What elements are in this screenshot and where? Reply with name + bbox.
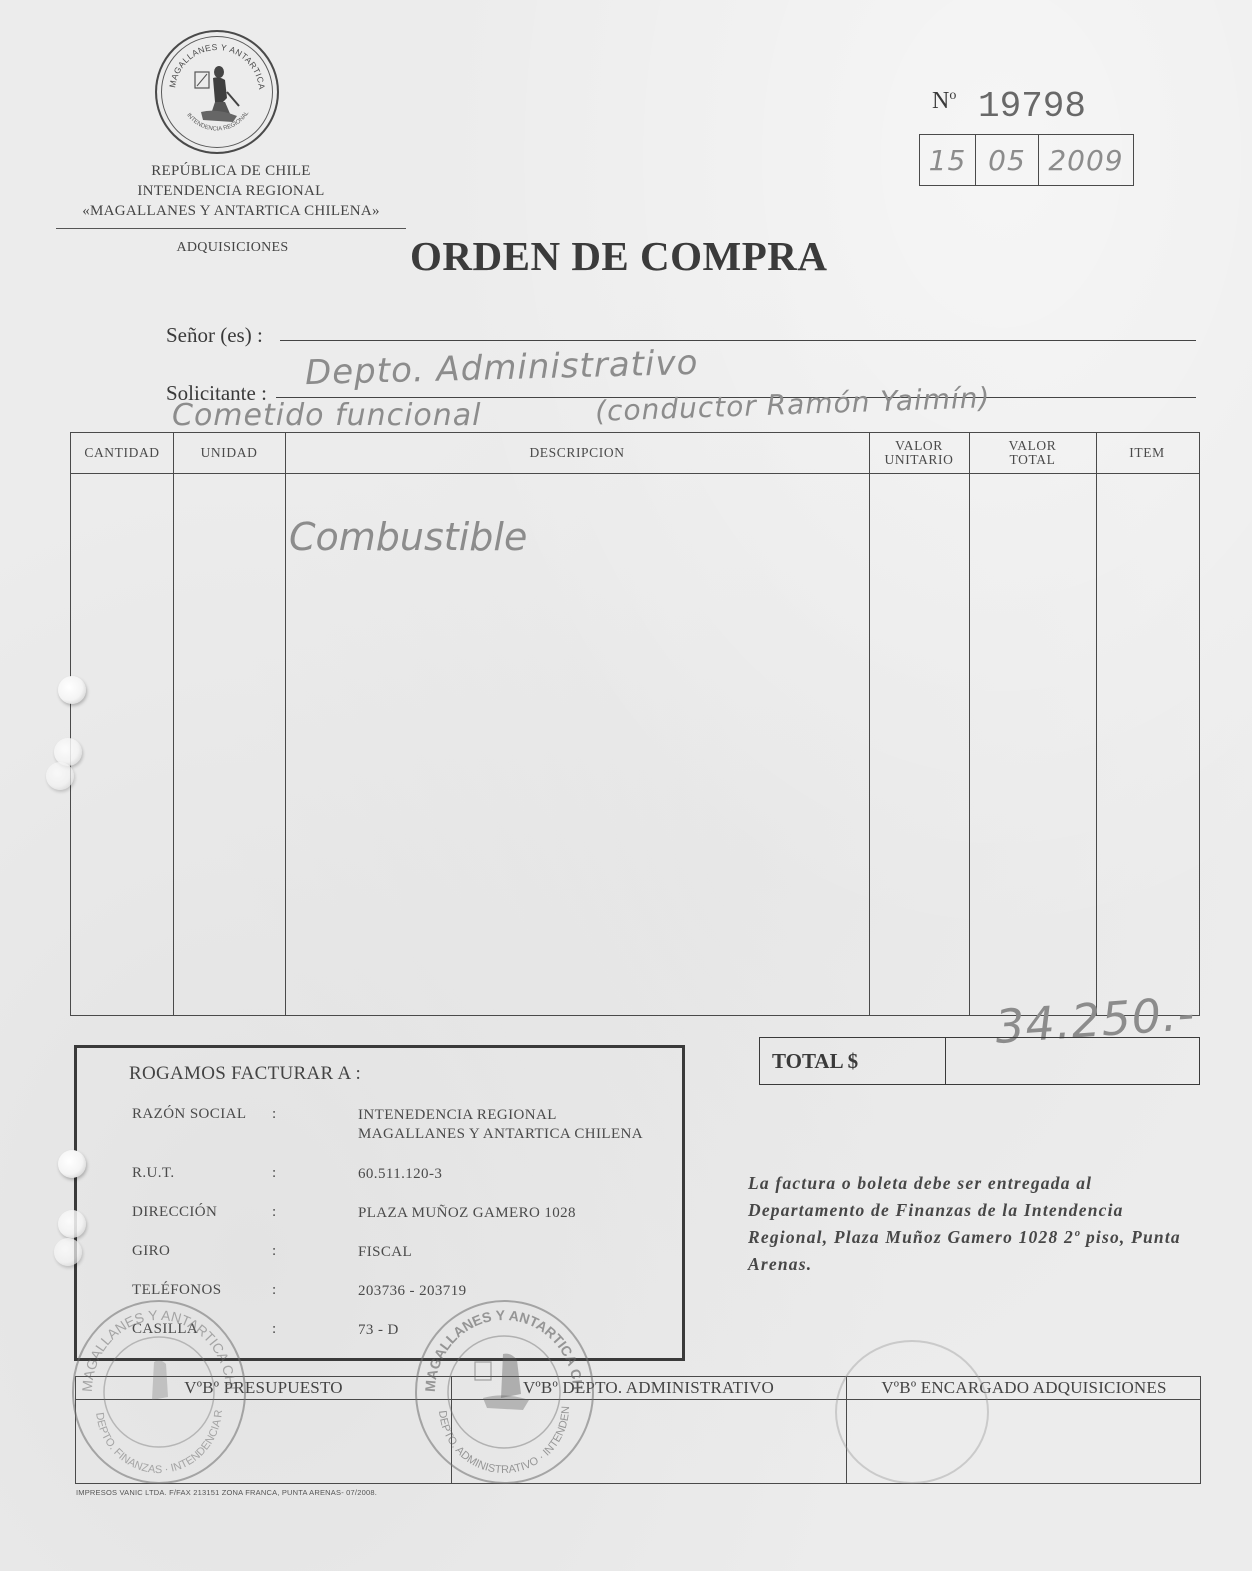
svg-text:MAGALLANES Y ANTARTICA CHILENA: MAGALLANES Y ANTARTICA CHILENA (417, 1302, 586, 1392)
cell-item[interactable] (1096, 473, 1198, 533)
col-header-valor-total: VALOR TOTAL (969, 433, 1096, 473)
org-line-republica: REPÚBLICA DE CHILE (56, 163, 406, 180)
billing-separator: : (272, 1243, 277, 1260)
cell-descripcion[interactable]: Combustible (289, 515, 527, 559)
coat-of-arms-icon: MAGALLANES Y ANTARTICA CHILENA INTENDENC… (157, 32, 277, 152)
emblem-seal-icon: MAGALLANES Y ANTARTICA CHILENA INTENDENC… (155, 30, 279, 154)
date-box: 15 05 2009 (919, 134, 1134, 186)
billing-value: 73 - D (358, 1321, 399, 1340)
billing-separator: : (272, 1321, 277, 1338)
department-label: ADQUISICIONES (120, 240, 345, 256)
items-table: CANTIDAD UNIDAD DESCRIPCION VALOR UNITAR… (70, 432, 1200, 1016)
date-day[interactable]: 15 (920, 135, 976, 185)
header-divider (56, 228, 406, 229)
billing-value: PLAZA MUÑOZ GAMERO 1028 (358, 1204, 576, 1223)
note-driver: (conductor Ramón Yaimín) (595, 381, 991, 428)
senor-field[interactable] (280, 340, 1196, 341)
punch-hole-icon (54, 1238, 82, 1266)
billing-value: 60.511.120-3 (358, 1165, 442, 1184)
delivery-notice: La factura o boleta debe ser entregada a… (748, 1170, 1198, 1278)
col-header-valor-unitario: VALOR UNITARIO (869, 433, 969, 473)
date-year[interactable]: 2009 (1039, 135, 1133, 185)
col-header-cantidad: CANTIDAD (71, 433, 173, 473)
order-number-label: No (932, 88, 956, 115)
billing-separator: : (272, 1204, 277, 1221)
billing-key: GIRO (132, 1243, 170, 1260)
total-label: TOTAL $ (760, 1038, 946, 1084)
billing-title: ROGAMOS FACTURAR A : (129, 1063, 361, 1085)
senor-label: Señor (es) : (166, 323, 263, 348)
stamp-administrativo-icon: MAGALLANES Y ANTARTICA CHILENA DEPTO. AD… (415, 1300, 594, 1484)
cell-valor-unitario[interactable] (869, 473, 969, 533)
billing-separator: : (272, 1165, 277, 1182)
stamp-finanzas-icon: MAGALLANES Y ANTARTICA CHILENA DEPTO. FI… (72, 1300, 246, 1484)
billing-value: FISCAL (358, 1243, 412, 1262)
note-commission: Cometido funcional (172, 398, 482, 433)
punch-hole-icon (58, 676, 86, 704)
billing-key: TELÉFONOS (132, 1282, 221, 1299)
svg-text:MAGALLANES Y ANTARTICA CHILENA: MAGALLANES Y ANTARTICA CHILENA (157, 32, 267, 93)
billing-key: R.U.T. (132, 1165, 175, 1182)
printer-footer: IMPRESOS VANIC LTDA. F/FAX 213151 ZONA F… (76, 1488, 377, 1497)
col-header-item: ITEM (1096, 433, 1198, 473)
billing-separator: : (272, 1282, 277, 1299)
solicitante-value[interactable]: Depto. Administrativo (305, 343, 699, 393)
total-value[interactable] (946, 1038, 1199, 1084)
cell-valor-total[interactable] (969, 473, 1096, 533)
billing-key: RAZÓN SOCIAL (132, 1106, 246, 1123)
billing-separator: : (272, 1106, 277, 1123)
org-line-intendencia: INTENDENCIA REGIONAL (56, 183, 406, 200)
org-line-region: «MAGALLANES Y ANTARTICA CHILENA» (50, 203, 412, 220)
punch-hole-icon (58, 1210, 86, 1238)
col-header-unidad: UNIDAD (173, 433, 285, 473)
total-box: TOTAL $ (759, 1037, 1200, 1085)
billing-key: DIRECCIÓN (132, 1204, 217, 1221)
cell-unidad[interactable] (173, 473, 285, 533)
stamp-adquisiciones-faint-icon (835, 1340, 989, 1484)
date-month[interactable]: 05 (976, 135, 1039, 185)
col-divider (285, 433, 286, 1015)
cell-cantidad[interactable] (71, 473, 173, 533)
punch-hole-icon (58, 1150, 86, 1178)
col-header-descripcion: DESCRIPCION (285, 433, 869, 473)
billing-value: 203736 - 203719 (358, 1282, 467, 1301)
order-number: 19798 (978, 86, 1086, 127)
billing-value: INTENEDENCIA REGIONALMAGALLANES Y ANTART… (358, 1106, 643, 1144)
page-title: ORDEN DE COMPRA (410, 232, 827, 280)
punch-hole-icon (46, 762, 74, 790)
